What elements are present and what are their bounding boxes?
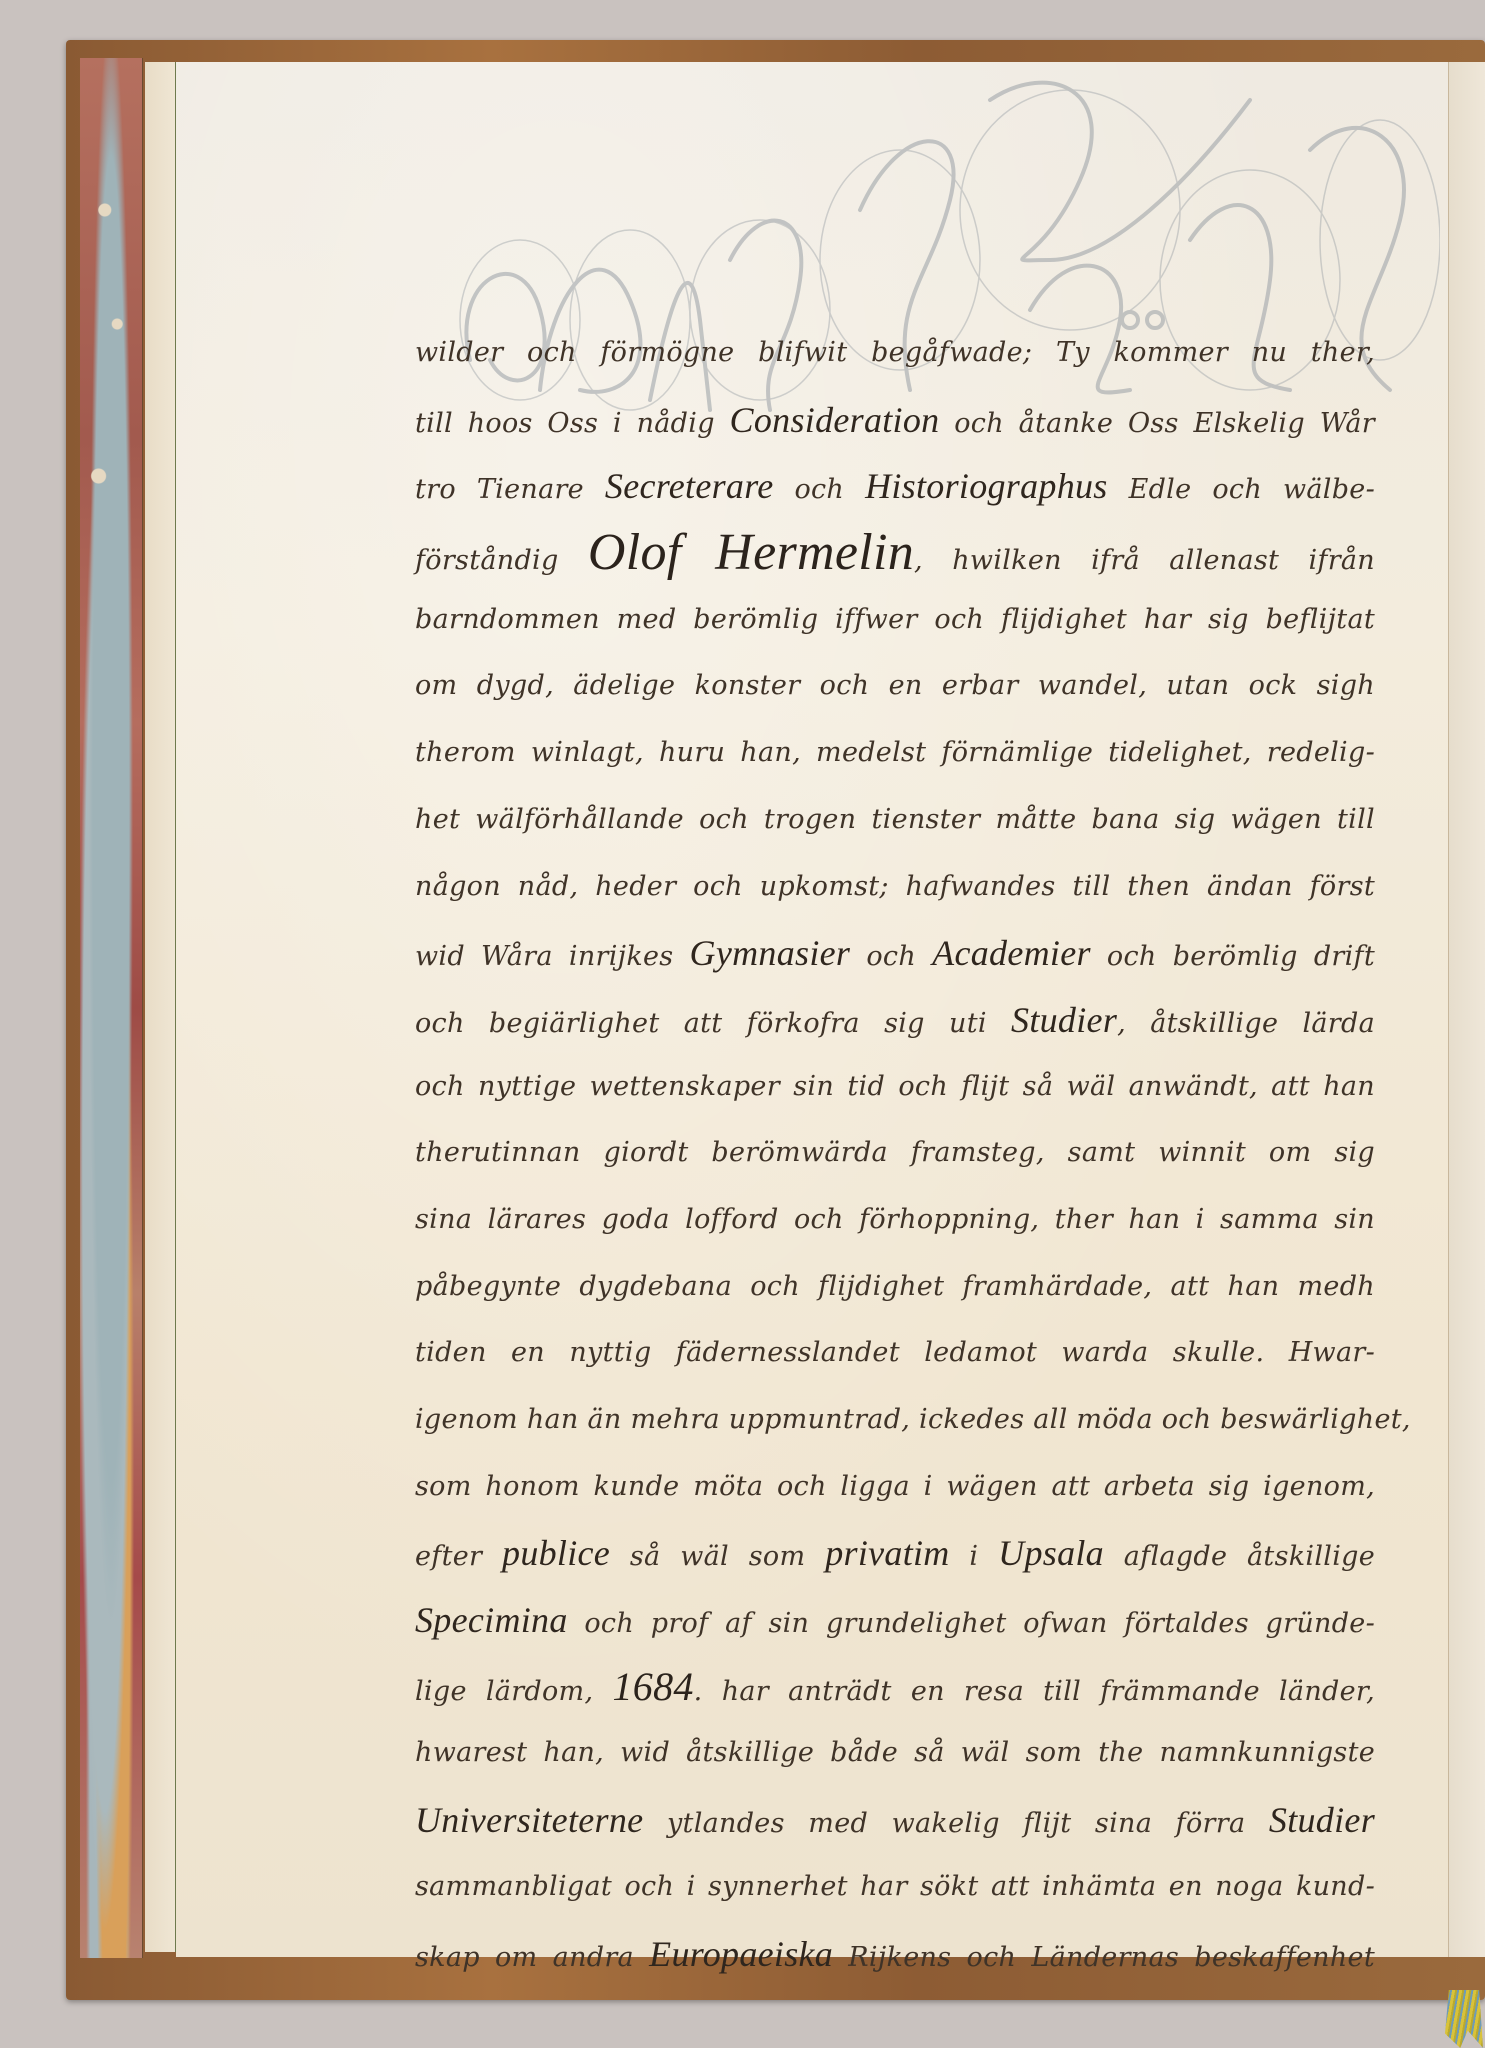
text-line-16: tiden en nyttig fädernesslandet ledamot …: [415, 1320, 1375, 1387]
marbled-endpaper: [80, 58, 143, 1958]
person-name: Olof Hermelin: [588, 524, 914, 581]
text-line-19: efter publice så wäl som privatim i Upsa…: [415, 1520, 1375, 1587]
text-line-3: tro Tienare Secreterare och Historiograp…: [415, 453, 1375, 520]
text-line-10: wid Wåra inrijkes Gymnasier och Academie…: [415, 920, 1375, 987]
text-line-9: någon nåd, heder och upkomst; hafwandes …: [415, 854, 1375, 921]
text-line-24: sammanbligat och i synnerhet har sökt at…: [415, 1854, 1375, 1921]
text-line-17: igenom han än mehra uppmuntrad, ickedes …: [415, 1387, 1375, 1454]
text-line-21: lige lärdom, 1684. har anträdt en resa t…: [415, 1654, 1375, 1721]
text-line-8: het wälförhållande och trogen tienster m…: [415, 787, 1375, 854]
year-1684: 1684: [612, 1664, 693, 1709]
text-line-22: hwarest han, wid åtskillige både så wäl …: [415, 1720, 1375, 1787]
text-line-2: till hoos Oss i nådig Consideration och …: [415, 387, 1375, 454]
text-line-20: Specimina och prof af sin grundelighet o…: [415, 1587, 1375, 1654]
text-line-7: therom winlagt, huru han, medelst förnäm…: [415, 720, 1375, 787]
text-line-18: som honom kunde möta och ligga i wägen a…: [415, 1454, 1375, 1521]
text-line-4: förståndig Olof Hermelin, hwilken ifrå a…: [415, 520, 1375, 587]
text-line-15: påbegynte dygdebana och flijdighet framh…: [415, 1254, 1375, 1321]
text-line-13: therutinnan giordt berömwärda framsteg, …: [415, 1120, 1375, 1187]
facing-page-edge: [1448, 62, 1485, 1957]
text-line-12: och nyttige wettenskaper sin tid och fli…: [415, 1054, 1375, 1121]
text-line-11: och begiärlighet att förkofra sig uti St…: [415, 987, 1375, 1054]
text-line-6: om dygd, ädelige konster och en erbar wa…: [415, 653, 1375, 720]
text-line-5: barndommen med berömlig iffwer och flijd…: [415, 587, 1375, 654]
text-line-14: sina lärares goda lofford och förhoppnin…: [415, 1187, 1375, 1254]
flyleaf-edge: [145, 62, 176, 1952]
bookmark-ribbon: [1445, 1990, 1483, 2048]
text-line-1: wilder och förmögne blifwit begåfwade; T…: [415, 320, 1375, 387]
manuscript-text: wilder och förmögne blifwit begåfwade; T…: [415, 320, 1375, 1987]
text-line-23: Universiteterne ytlandes med wakelig fli…: [415, 1787, 1375, 1854]
text-line-25: skap om andra Europaeiska Rijkens och Lä…: [415, 1921, 1375, 1988]
